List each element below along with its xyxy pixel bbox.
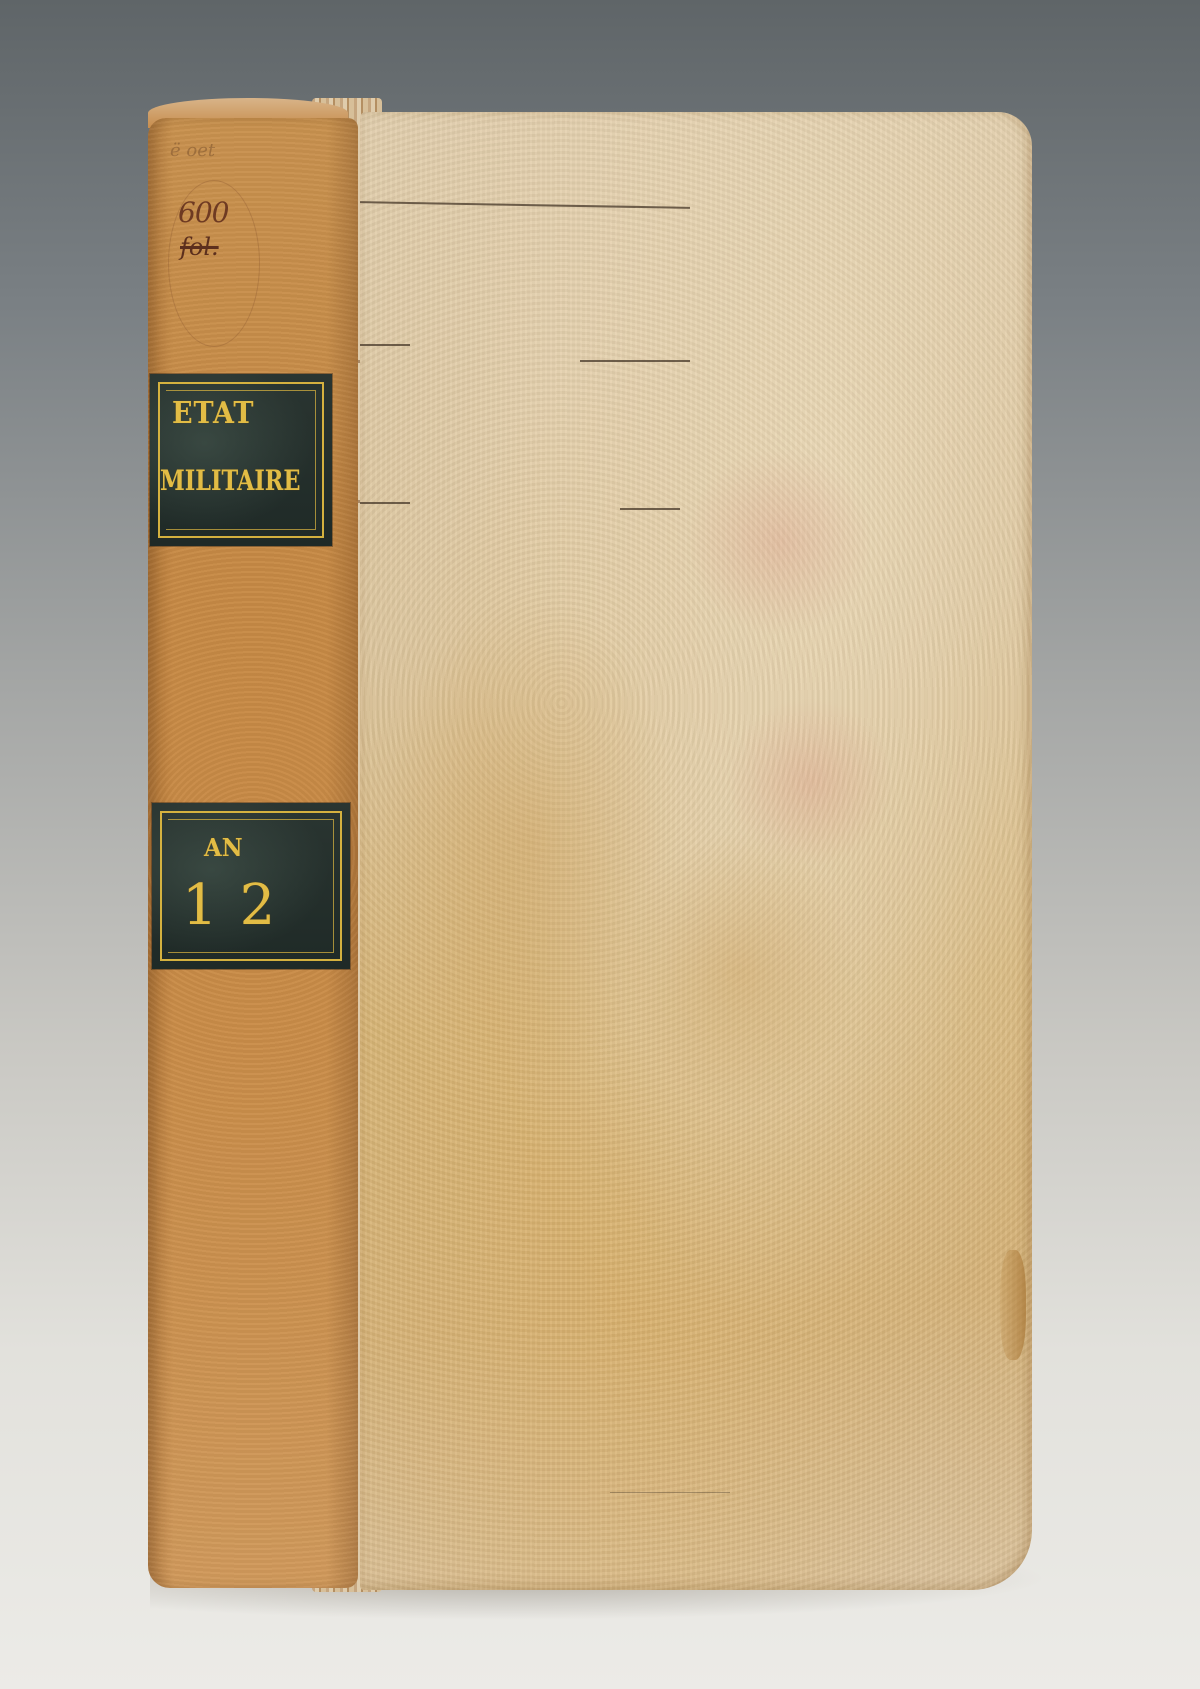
shelfmark-number: 600 xyxy=(178,196,228,229)
spine-title-label: ETAT MILITAIRE xyxy=(150,374,332,546)
ruled-line xyxy=(580,360,690,362)
ruled-line xyxy=(360,344,410,346)
title-line-1: ETAT xyxy=(172,396,254,431)
water-stain xyxy=(620,832,860,1112)
year-line-2: 12 xyxy=(182,873,297,938)
ruled-line xyxy=(360,502,410,504)
book-photograph: ë oet 600 fol. ETAT MILITAIRE AN 12 xyxy=(0,0,1200,1689)
corner-wear xyxy=(1000,1250,1026,1360)
ruled-line xyxy=(610,1492,730,1493)
ruled-line xyxy=(620,508,680,510)
front-cover xyxy=(360,112,1032,1590)
spine-year-label: AN 12 xyxy=(152,803,350,969)
title-line-2: MILITAIRE xyxy=(160,464,301,497)
year-line-1: AN xyxy=(204,833,243,862)
shelfmark-struck-text: fol. xyxy=(180,233,219,261)
shelfmark-faded-text: ë oet xyxy=(170,140,215,161)
faded-red-ink xyxy=(690,442,870,642)
